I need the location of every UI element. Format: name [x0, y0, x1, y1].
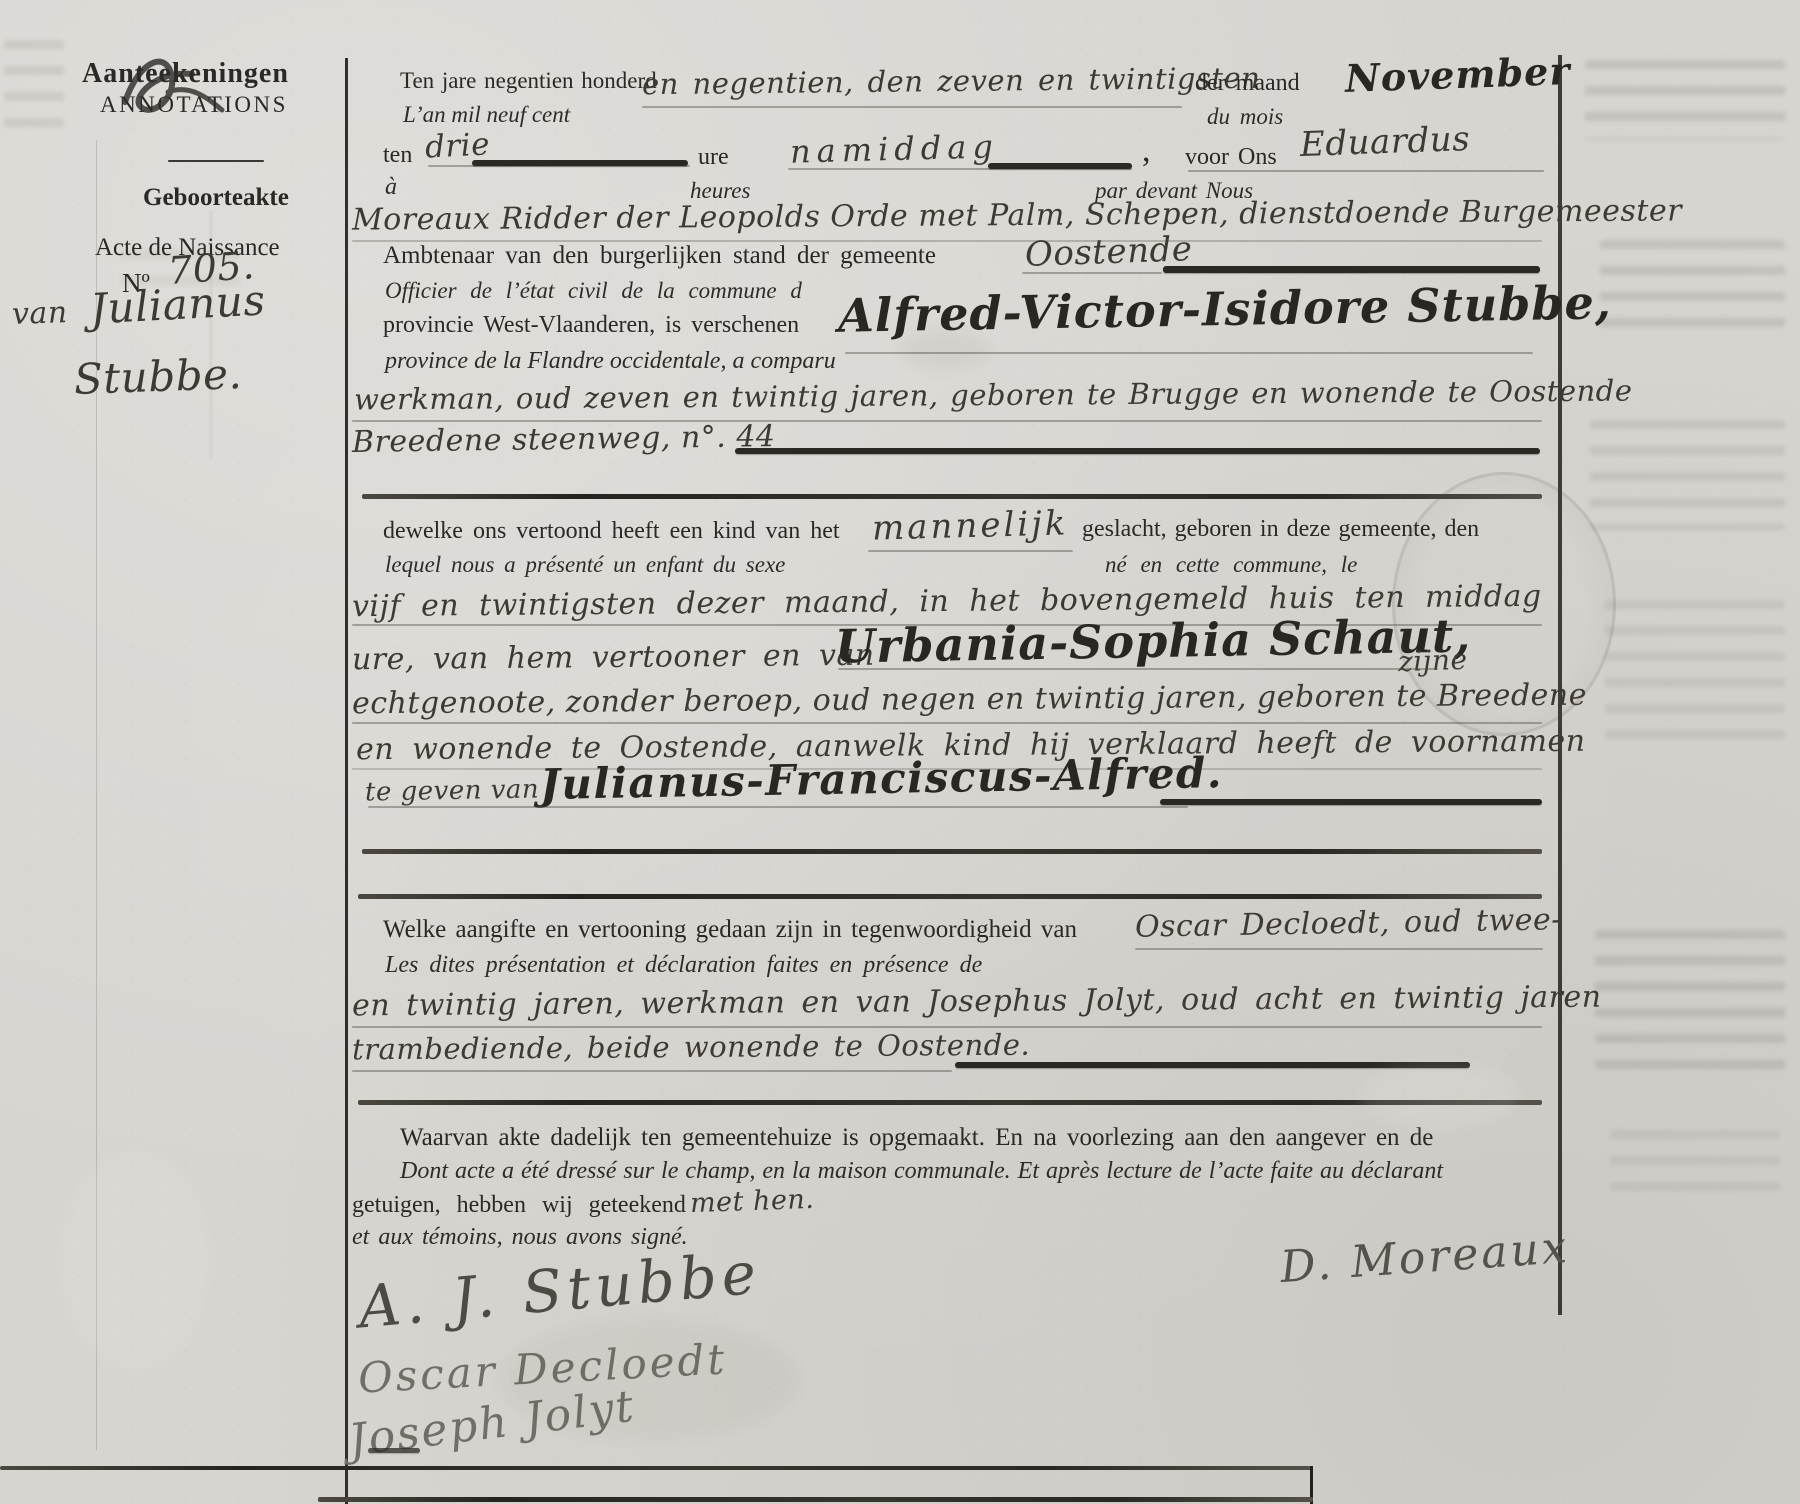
bleedthrough-text [1590, 420, 1785, 530]
hw-child-given-names: Julianus-Franciscus-Alfred. [540, 748, 1224, 809]
field-rule [352, 722, 1542, 724]
printed-month-fr: du mois [1207, 104, 1283, 130]
printed-hour-at-nl: ten [383, 142, 412, 169]
hw-declarant-name: Alfred-Victor-Isidore Stubbe, [838, 275, 1613, 342]
printed-hour-at-fr: à [385, 174, 397, 201]
hw-birth-line-2: ure, van hem vertooner en van [352, 638, 875, 678]
printed-year-nl: Ten jare negentien honderd [400, 68, 657, 94]
ink-fill-stroke [1160, 799, 1542, 805]
bleedthrough-text [4, 40, 64, 130]
printed-child-nl-2: geslacht, geboren in deze gemeente, den [1082, 516, 1479, 543]
annotations-divider [168, 160, 264, 162]
ink-fill-stroke [955, 1062, 1470, 1068]
printed-province-nl: provincie West-Vlaanderen, is verschenen [383, 312, 799, 339]
signature-underline [368, 1448, 420, 1453]
field-rule [642, 106, 1182, 108]
ink-fill-stroke [988, 163, 1132, 169]
bottom-frame-line [0, 1466, 1312, 1470]
printed-comma: , [1142, 132, 1151, 170]
hw-declarant-info: werkman, oud zeven en twintig jaren, geb… [354, 374, 1633, 417]
printed-before-us-nl: voor Ons [1185, 144, 1277, 171]
ink-fill-stroke [735, 448, 1540, 454]
hw-daypart: namiddag [790, 127, 1000, 170]
ink-fill-stroke [1163, 266, 1540, 273]
bleedthrough-text [1585, 60, 1785, 140]
printed-registrar-fr: Officier de l’état civil de la commune d [385, 278, 802, 304]
pencil-scribble [80, 40, 300, 130]
signature-officer: D. Moreaux [1279, 1222, 1572, 1293]
field-rule [1188, 170, 1544, 172]
field-rule [1022, 272, 1162, 274]
field-rule [352, 1070, 952, 1072]
hw-officer-firstname: Eduardus [1299, 119, 1470, 165]
section-divider [362, 494, 1542, 499]
hw-witness-line-2: en twintig jaren, werkman en van Josephu… [352, 980, 1602, 1024]
subject-name-2: Stubbe. [73, 349, 243, 404]
printed-closing-nl-1: Waarvan akte dadelijk ten gemeentehuize … [400, 1124, 1433, 1152]
printed-month-nl: der maand [1195, 70, 1300, 97]
printed-year-fr: L’an mil neuf cent [403, 102, 570, 128]
paper-blotch [1360, 1060, 1520, 1130]
field-rule [838, 668, 1438, 670]
printed-province-fr: province de la Flandre occidentale, a co… [385, 348, 836, 375]
section-divider [358, 1100, 1542, 1105]
hw-officer-line: Moreaux Ridder der Leopolds Orde met Pal… [352, 193, 1682, 237]
printed-hour-nl: ure [698, 144, 729, 171]
printed-witness-fr: Les dites présentation et déclaration fa… [385, 952, 982, 979]
paper-blotch [60, 1150, 210, 1370]
bleedthrough-text [1605, 600, 1785, 740]
hw-birth-line-3: zijne [1397, 643, 1468, 678]
field-rule [868, 550, 1073, 552]
birth-act-scan: Aanteekeningen ANNOTATIONS Geboorteakte … [0, 0, 1800, 1504]
printed-closing-fr-2: et aux témoins, nous avons signé. [352, 1224, 688, 1251]
printed-child-nl-1: dewelke ons vertoond heeft een kind van … [383, 518, 840, 545]
hw-child-sex: mannelijk [872, 503, 1069, 548]
bleedthrough-text [1610, 1130, 1780, 1200]
hw-closing-insert: met hen. [689, 1184, 814, 1219]
act-type-nl: Geboorteakte [143, 184, 289, 212]
bleedthrough-text [1595, 930, 1785, 1070]
main-left-rule [345, 58, 348, 1504]
section-divider [358, 894, 1542, 899]
hw-declarant-address: Breedene steenweg, n°. 44 [352, 419, 776, 460]
printed-child-fr-1: lequel nous a présenté un enfant du sexe [385, 552, 785, 578]
subject-name-1: Julianus [89, 275, 267, 333]
ink-fill-stroke [472, 160, 688, 166]
hw-witness-line-1: Oscar Decloedt, oud twee- [1135, 902, 1562, 944]
signature-declarant: A. J. Stubbe [356, 1239, 764, 1342]
margin-faint-rule [96, 140, 97, 1450]
bottom-frame-line-2 [318, 1497, 1313, 1502]
subject-of-word: van [11, 295, 68, 332]
field-rule [845, 352, 1533, 354]
hw-mother-name: Urbania-Sophia Schaut, [835, 608, 1472, 673]
hw-month: November [1344, 48, 1571, 101]
hw-year: en negentien, den zeven en twintigsten [642, 61, 1261, 101]
section-divider [362, 849, 1542, 854]
hw-witness-line-3: trambediende, beide wonende te Oostende. [352, 1028, 1030, 1067]
printed-child-fr-2: né en cette commune, le [1105, 552, 1357, 578]
printed-registrar-nl: Ambtenaar van den burgerlijken stand der… [383, 242, 936, 270]
field-rule [368, 806, 1188, 808]
hw-mother-info-1: echtgenoote, zonder beroep, oud negen en… [352, 678, 1587, 722]
printed-closing-nl-2: getuigen, hebben wij geteekend [352, 1192, 686, 1219]
printed-witness-nl: Welke aangifte en vertooning gedaan zijn… [383, 916, 1077, 944]
hw-given-names-lead: te geven van [365, 774, 540, 807]
printed-closing-fr-1: Dont acte a été dressé sur le champ, en … [400, 1158, 1443, 1185]
field-rule [1135, 948, 1543, 950]
bleedthrough-text [1600, 240, 1785, 335]
